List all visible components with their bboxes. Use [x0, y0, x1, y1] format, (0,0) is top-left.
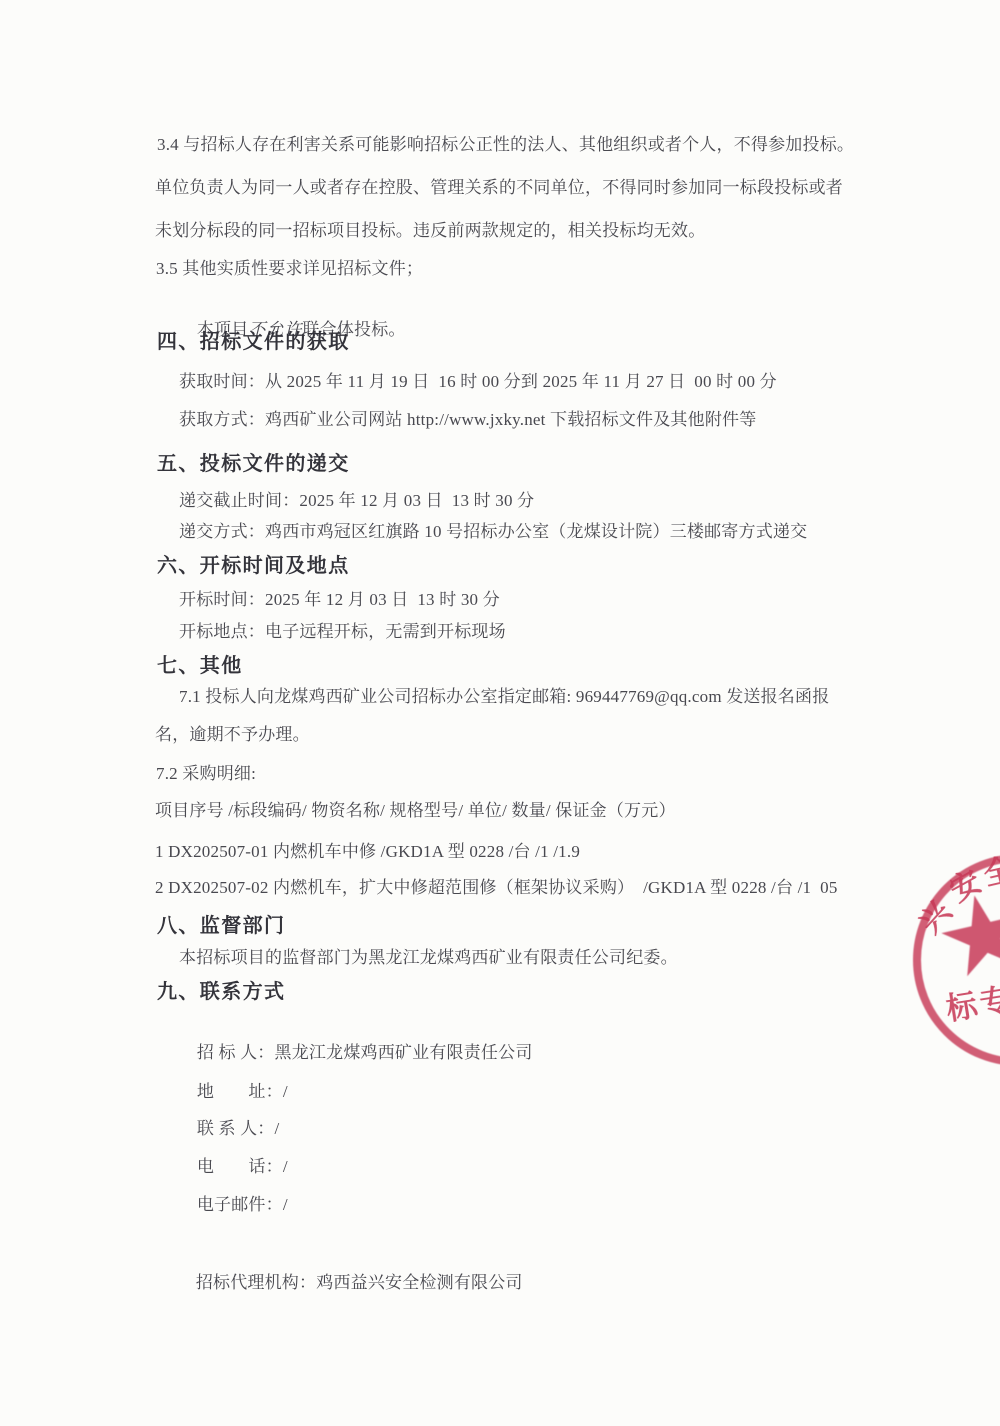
section-6-heading: 六、开标时间及地点 — [157, 554, 350, 579]
clause-7-1-line-2: 名，逾期不予办理。 — [155, 724, 310, 745]
agency-value: 鸡西益兴安全检测有限公司 — [316, 1273, 522, 1292]
section-6-open-place: 开标地点：电子远程开标，无需到开标现场 — [179, 621, 506, 642]
procurement-list-header: 项目序号 /标段编码/ 物资名称/ 规格型号/ 单位/ 数量/ 保证金（万元） — [155, 800, 676, 821]
section-5-method: 递交方式：鸡西市鸡冠区红旗路 10 号招标办公室（龙煤设计院）三楼邮寄方式递交 — [179, 521, 807, 542]
contact-value: 黑龙江龙煤鸡西矿业有限责任公司 — [275, 1043, 533, 1062]
procurement-row-1: 1 DX202507-01 内燃机车中修 /GKD1A 型 0228 /台 /1… — [155, 841, 580, 862]
contact-label: 电子邮件： — [197, 1195, 283, 1214]
clause-3-4-line-2: 单位负责人为同一人或者存在控股、管理关系的不同单位，不得同时参加同一标段投标或者 — [155, 177, 843, 198]
clause-3-4-line-1: 3.4 与招标人存在利害关系可能影响招标公正性的法人、其他组织或者个人，不得参加… — [157, 134, 854, 155]
section-4-obtain-time: 获取时间：从 2025 年 11 月 19 日 16 时 00 分到 2025 … — [179, 371, 777, 392]
section-5-heading: 五、投标文件的递交 — [157, 452, 350, 477]
clause-7-2: 7.2 采购明细: — [156, 763, 256, 784]
procurement-row-2: 2 DX202507-02 内燃机车，扩大中修超范围修（框架协议采购） /GKD… — [155, 877, 838, 898]
contact-value: / — [283, 1195, 288, 1214]
scanned-tender-notice-page: 3.4 与招标人存在利害关系可能影响招标公正性的法人、其他组织或者个人，不得参加… — [0, 0, 1000, 1426]
section-7-heading: 七、其他 — [157, 654, 243, 679]
clause-7-1-line-1: 7.1 投标人向龙煤鸡西矿业公司招标办公室指定邮箱: 969447769@qq.… — [179, 686, 829, 707]
contact-row-email: 电子邮件：/ — [179, 1173, 288, 1237]
section-8-body: 本招标项目的监督部门为黑龙江龙煤鸡西矿业有限责任公司纪委。 — [179, 947, 678, 968]
agency-label: 招标代理机构： — [196, 1273, 316, 1292]
section-8-heading: 八、监督部门 — [157, 914, 285, 939]
section-9-heading: 九、联系方式 — [157, 980, 285, 1005]
section-4-obtain-method: 获取方式：鸡西矿业公司网站 http://www.jxky.net 下载招标文件… — [179, 409, 756, 430]
section-4-heading: 四、招标文件的获取 — [157, 330, 350, 355]
clause-3-4-line-3: 未划分标段的同一招标项目投标。违反前两款规定的，相关投标均无效。 — [155, 220, 705, 241]
section-6-open-time: 开标时间：2025 年 12 月 03 日 13 时 30 分 — [179, 589, 500, 610]
contact-value: / — [283, 1082, 288, 1101]
agency-row: 招标代理机构：鸡西益兴安全检测有限公司 — [178, 1251, 523, 1315]
section-5-deadline: 递交截止时间：2025 年 12 月 03 日 13 时 30 分 — [179, 490, 534, 511]
clause-3-5: 3.5 其他实质性要求详见招标文件； — [156, 258, 423, 279]
